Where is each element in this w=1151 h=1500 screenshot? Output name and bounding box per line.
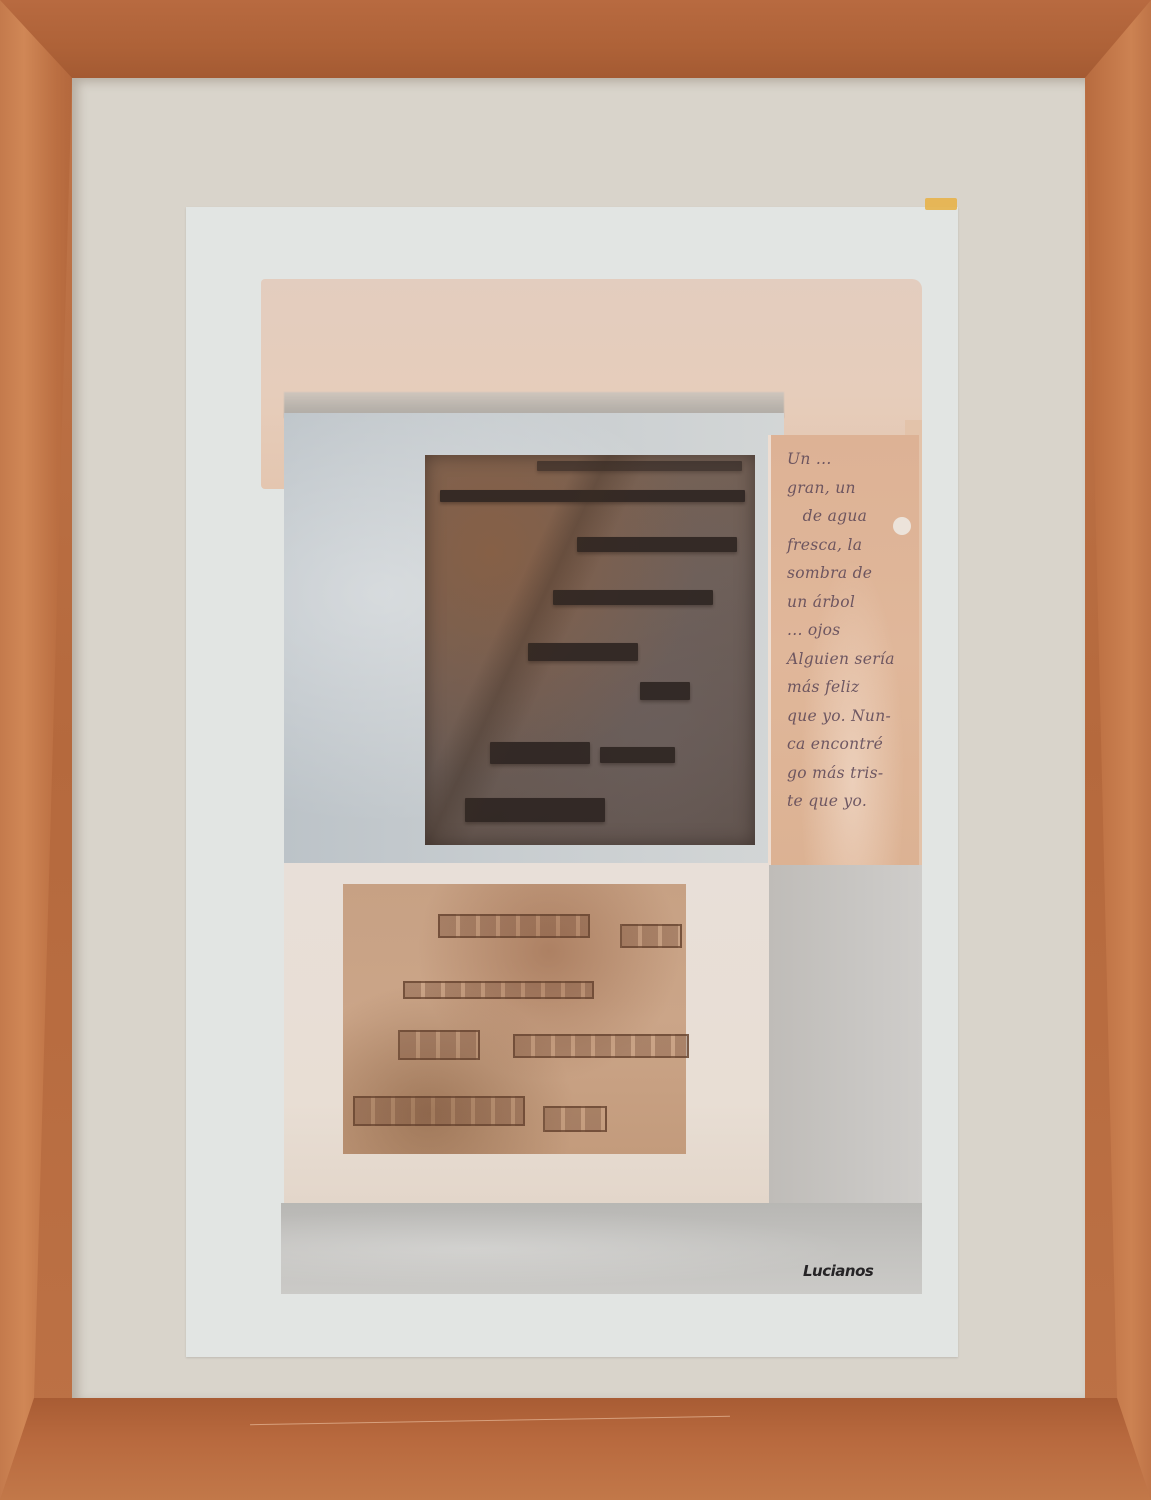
brick-mark — [543, 1106, 607, 1132]
gray-wash-bottom — [281, 1203, 922, 1294]
diagonal-shadow — [425, 455, 755, 845]
brick-mark — [513, 1034, 689, 1058]
note-line: fresca, la — [787, 536, 862, 554]
note-line: sombra de — [787, 564, 872, 582]
frame-scratch — [250, 1416, 730, 1425]
brick-mark — [403, 981, 594, 999]
handwritten-note-panel: Un ... gran, un de agua fresca, la sombr… — [768, 435, 919, 868]
note-line: go más tris- — [787, 764, 883, 782]
note-line: de agua — [787, 507, 867, 525]
note-line: Un ... — [787, 450, 832, 468]
handwritten-text: Un ... gran, un de agua fresca, la sombr… — [787, 445, 895, 816]
tan-brick-panel — [343, 884, 686, 1154]
brick-mark — [353, 1096, 525, 1126]
paper-hole — [893, 517, 911, 535]
gray-wash-right — [769, 865, 922, 1203]
brick-mark — [398, 1030, 480, 1060]
note-line: ca encontré — [787, 735, 883, 753]
note-line: un árbol — [787, 593, 855, 611]
artist-signature: Lucianos — [803, 1262, 873, 1280]
frame-top-rail — [0, 0, 1151, 78]
tape-fragment — [925, 198, 957, 210]
note-line: te que yo. — [787, 792, 867, 810]
note-line: que yo. Nun- — [787, 707, 891, 725]
brick-mark — [438, 914, 590, 938]
note-line: gran, un — [787, 479, 856, 497]
frame-left-rail — [0, 0, 80, 1500]
brick-mark — [620, 924, 682, 948]
frame-bottom-rail — [0, 1398, 1151, 1500]
note-line: Alguien sería — [787, 650, 895, 668]
note-line: ... ojos — [787, 621, 841, 639]
note-line: más feliz — [787, 678, 860, 696]
